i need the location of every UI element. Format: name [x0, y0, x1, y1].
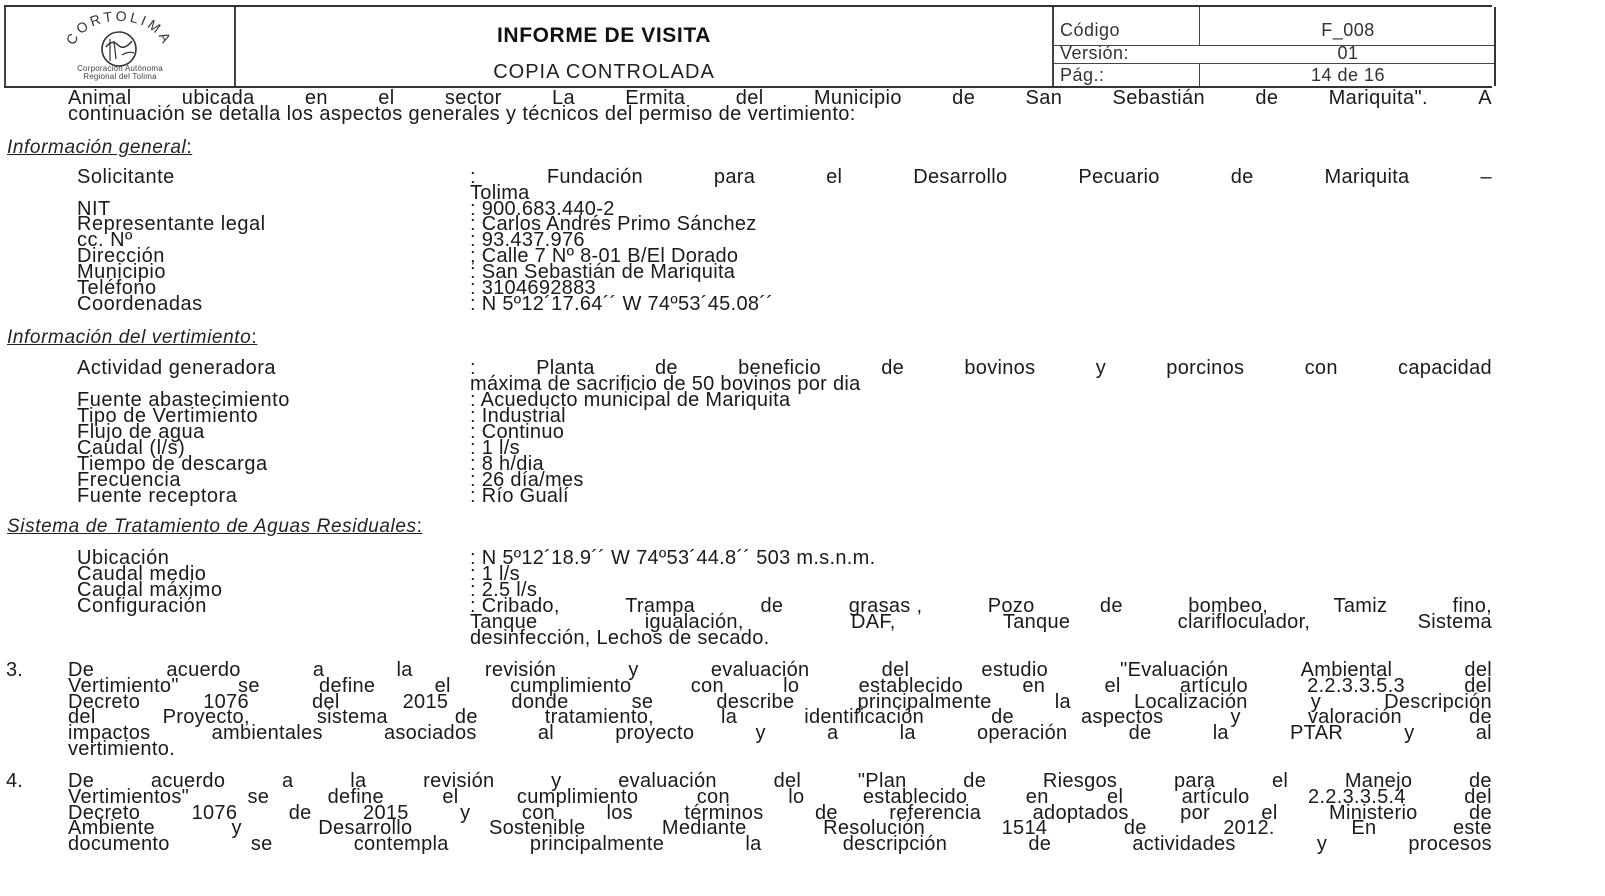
word: Fundación	[547, 169, 643, 185]
paragraph-line: Deacuerdoalarevisiónyevaluacióndel"Pland…	[68, 773, 1492, 789]
word: de	[1028, 836, 1051, 852]
paragraph-line: documentosecontemplaprincipalmenteladesc…	[68, 836, 1492, 852]
word: la	[1055, 694, 1071, 710]
field-value: : N 5º12´17.64´´ W 74º53´45.08´´	[470, 296, 773, 312]
word: bovinos	[964, 360, 1035, 376]
word: Mariquita".	[1329, 90, 1428, 106]
word: y	[1096, 360, 1106, 376]
word: Desarrollo	[913, 169, 1007, 185]
word: procesos	[1408, 836, 1492, 852]
word: Tamiz	[1334, 598, 1388, 614]
word: principalmente	[530, 836, 664, 852]
code-row: Código F_008	[1054, 7, 1494, 46]
word: sistema	[317, 709, 388, 725]
document-page: CORTOLIMA Corporación Autónoma Regional …	[0, 0, 1605, 896]
word: y	[231, 820, 241, 836]
document-subtitle: COPIA CONTROLADA	[234, 61, 974, 84]
word: Mariquita	[1325, 169, 1410, 185]
title-cell: INFORME DE VISITA COPIA CONTROLADA	[234, 7, 1052, 86]
word: se	[251, 836, 273, 852]
word: En	[1351, 820, 1376, 836]
svg-text:CORTOLIMA: CORTOLIMA	[62, 11, 175, 48]
word: A	[1478, 90, 1492, 106]
field-value: : Cribado,Trampadegrasas ,Pozodebombeo,T…	[470, 598, 1492, 614]
word: Tanque	[1003, 614, 1070, 630]
word: de	[289, 805, 312, 821]
heading-text: Información general	[7, 137, 186, 158]
word: 1076	[192, 805, 238, 821]
word: Mediante	[662, 820, 747, 836]
word: la	[900, 725, 916, 741]
word: ambientales	[212, 725, 323, 741]
word: proyecto	[615, 725, 694, 741]
word: y	[756, 725, 766, 741]
word: de	[1100, 598, 1123, 614]
heading-text: Sistema de Tratamiento de Aguas Residual…	[7, 516, 417, 537]
word: de	[1129, 725, 1152, 741]
word: por	[1180, 805, 1210, 821]
field-label: Configuración	[77, 598, 207, 614]
word: el	[826, 169, 842, 185]
section-heading-general: Información general:	[7, 137, 192, 159]
word: clarifloculador,	[1178, 614, 1311, 630]
document-header: CORTOLIMA Corporación Autónoma Regional …	[4, 5, 1492, 88]
paragraph-line: Decreto1076de2015yconlostérminosderefere…	[68, 805, 1492, 821]
cortolima-logo-icon: CORTOLIMA	[44, 11, 194, 67]
word: 2015	[403, 694, 449, 710]
word: capacidad	[1398, 360, 1492, 376]
word: al	[538, 725, 554, 741]
word: el	[1272, 773, 1288, 789]
paragraph-line: Deacuerdoalarevisiónyevaluacióndelestudi…	[68, 662, 1492, 678]
word: actividades	[1132, 836, 1235, 852]
word: de	[952, 90, 975, 106]
word: de	[881, 360, 904, 376]
word: Pecuario	[1078, 169, 1159, 185]
page-label: Pág.:	[1060, 65, 1105, 86]
word: la	[397, 662, 413, 678]
word: la	[1213, 725, 1229, 741]
logo-subtitle-line2: Regional del Tolima	[6, 73, 234, 81]
word: revisión	[423, 773, 494, 789]
word: y	[1317, 836, 1327, 852]
word: PTAR	[1290, 725, 1343, 741]
logo-cell: CORTOLIMA Corporación Autónoma Regional …	[4, 7, 236, 86]
section-heading-treatment: Sistema de Tratamiento de Aguas Residual…	[7, 516, 423, 538]
word: Sistema	[1418, 614, 1492, 630]
word: –	[1480, 169, 1491, 185]
word: la	[745, 836, 761, 852]
item-number: 4.	[6, 773, 23, 789]
word: descripción	[843, 836, 947, 852]
word: en	[1022, 678, 1045, 694]
field-label: Solicitante	[77, 169, 175, 185]
paragraph-line: impactosambientalesasociadosalproyectoya…	[68, 725, 1492, 741]
word: el	[442, 789, 458, 805]
word: de	[1255, 90, 1278, 106]
section-heading-discharge: Información del vertimiento:	[7, 327, 257, 349]
word: a	[282, 773, 293, 789]
version-label: Versión:	[1060, 43, 1129, 64]
word: de	[761, 598, 784, 614]
word: documento	[68, 836, 170, 852]
field-value: :FundaciónparaelDesarrolloPecuariodeMari…	[470, 169, 1492, 185]
intro-line-2: continuación se detalla los aspectos gen…	[68, 106, 856, 122]
word: y	[1230, 709, 1240, 725]
field-value: : N 5º12´18.9´´ W 74º53´44.8´´ 503 m.s.n…	[470, 550, 875, 566]
word: y	[460, 805, 470, 821]
word: porcinos	[1166, 360, 1244, 376]
code-value: F_008	[1202, 20, 1494, 41]
paragraph-line: Decreto1076del2015dondesedescribeprincip…	[68, 694, 1492, 710]
word: de	[1231, 169, 1254, 185]
field-label: Fuente receptora	[77, 488, 237, 504]
word: con	[1305, 360, 1338, 376]
document-code-block: Código F_008 Versión: 01 Pág.: 14 de 16	[1052, 7, 1496, 86]
word: adoptados	[1033, 805, 1129, 821]
field-label: Actividad generadora	[77, 360, 276, 376]
word: Sebastián	[1113, 90, 1206, 106]
word: se	[247, 789, 269, 805]
paragraph-line: Vertimientos"sedefineelcumplimientoconlo…	[68, 789, 1492, 805]
word: San	[1025, 90, 1062, 106]
word: y	[1404, 725, 1414, 741]
word: el	[1104, 678, 1120, 694]
page-number: 14 de 16	[1202, 65, 1494, 86]
word: lo	[788, 789, 804, 805]
version-row: Versión: 01	[1054, 46, 1494, 64]
heading-text: Información del vertimiento	[7, 327, 251, 348]
word: operación	[977, 725, 1068, 741]
field-label: Coordenadas	[77, 296, 203, 312]
word: los	[607, 805, 633, 821]
word: para	[714, 169, 755, 185]
word: contempla	[354, 836, 449, 852]
code-label: Código	[1060, 20, 1120, 41]
paragraph-line: vertimiento.	[68, 741, 1492, 757]
word: al	[1476, 725, 1492, 741]
document-title: INFORME DE VISITA	[234, 24, 974, 48]
paragraph-line: AmbienteyDesarrolloSostenibleMedianteRes…	[68, 820, 1492, 836]
word: asociados	[384, 725, 477, 741]
word: la	[721, 709, 737, 725]
item-number: 3.	[6, 662, 23, 678]
word: a	[827, 725, 838, 741]
page-row: Pág.: 14 de 16	[1054, 64, 1494, 86]
field-value: : Río Gualí	[470, 488, 569, 504]
version-value: 01	[1202, 43, 1494, 64]
field-value-continued: desinfección, Lechos de secado.	[470, 630, 770, 646]
word: DAF,	[851, 614, 896, 630]
